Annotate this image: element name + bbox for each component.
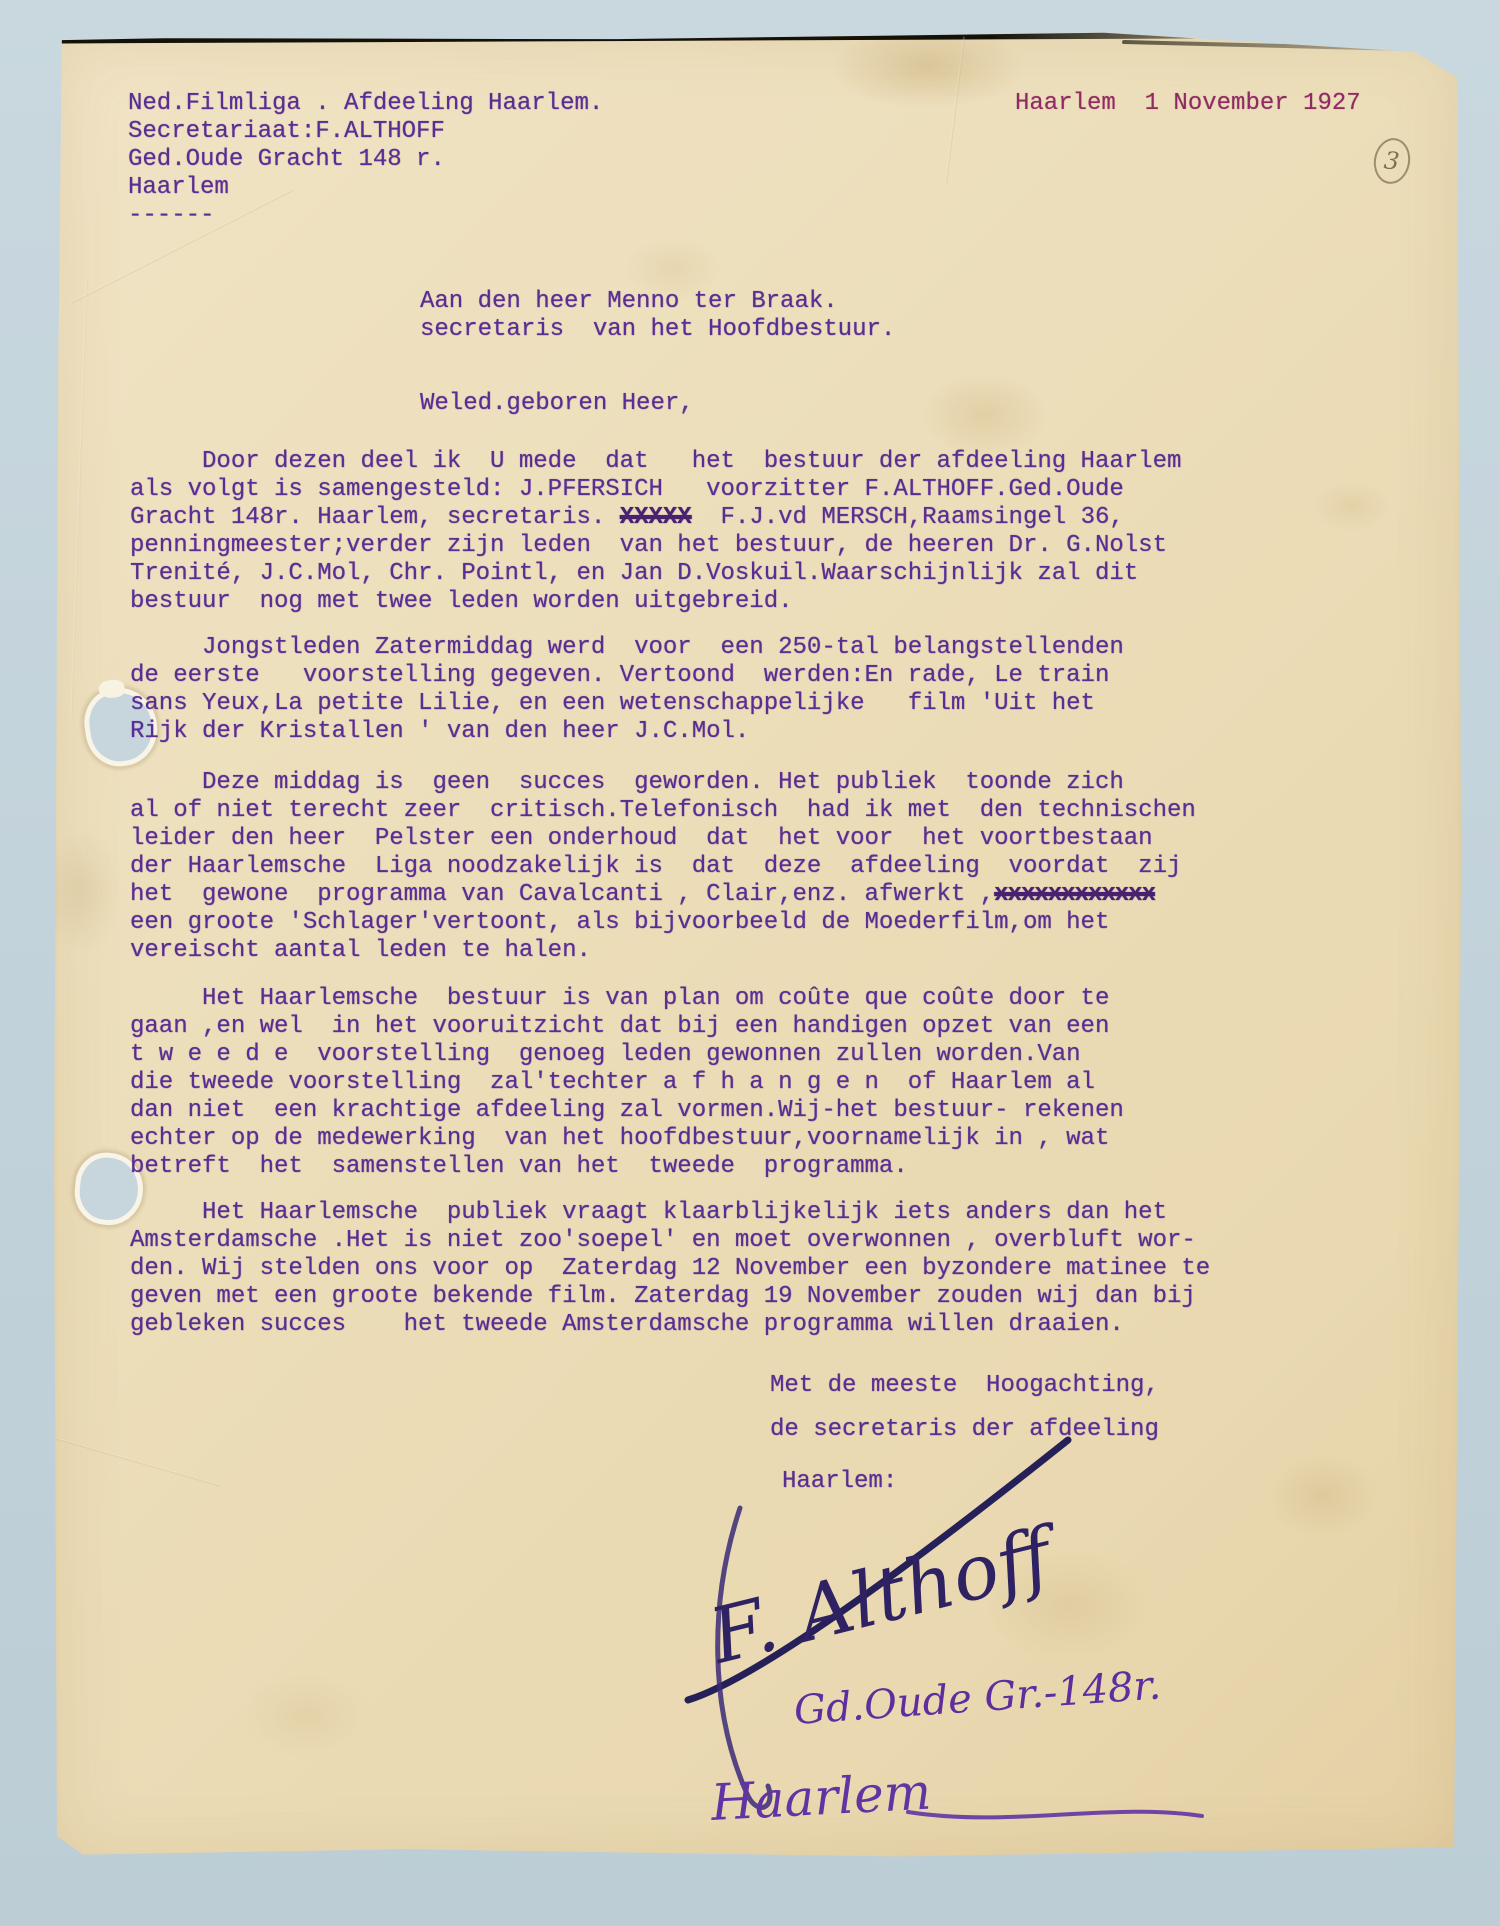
- dateline: Haarlem 1 November 1927: [1015, 90, 1361, 118]
- paragraph-2: Jongstleden Zatermiddag werd voor een 25…: [130, 634, 1124, 746]
- paragraph-3-text: een groote 'Schlager'vertoont, als bijvo…: [130, 909, 1109, 964]
- signature-underline-flourish: [908, 1812, 1202, 1818]
- signature-address: Gd.Oude Gr.-148r.: [792, 1662, 1162, 1734]
- recipient-block: Aan den heer Menno ter Braak. secretaris…: [420, 288, 895, 344]
- paragraph-4: Het Haarlemsche bestuur is van plan om c…: [130, 985, 1124, 1181]
- signature-name: F. Althoff: [700, 1508, 1071, 1682]
- struck-out-text: xxxxxxxxxxxx: [994, 881, 1155, 908]
- scanned-letter-background: Ned.Filmliga . Afdeeling Haarlem. Secret…: [0, 0, 1500, 1926]
- paper-top-edge-shadow: [60, 31, 1195, 44]
- archive-number: 3: [1383, 146, 1401, 175]
- signature-city: Haarlem: [709, 1763, 933, 1832]
- signature-block: F. Althoff Gd.Oude Gr.-148r. Haarlem: [590, 1388, 1270, 1878]
- letter-paper: Ned.Filmliga . Afdeeling Haarlem. Secret…: [52, 30, 1464, 1862]
- paragraph-3: Deze middag is geen succes geworden. Het…: [130, 769, 1196, 965]
- sender-address-block: Ned.Filmliga . Afdeeling Haarlem. Secret…: [128, 90, 603, 230]
- struck-out-text: XXXXX: [620, 504, 692, 531]
- archive-number-annotation: 3: [1370, 135, 1413, 187]
- salutation: Weled.geboren Heer,: [420, 390, 694, 418]
- fold-crease: [70, 280, 87, 720]
- paragraph-5: Het Haarlemsche publiek vraagt klaarblij…: [130, 1199, 1210, 1339]
- fold-crease: [47, 1435, 221, 1487]
- fold-crease: [945, 36, 965, 185]
- paragraph-1: Door dezen deel ik U mede dat het bestuu…: [130, 448, 1181, 616]
- paper-top-edge-shadow-right: [1122, 40, 1452, 52]
